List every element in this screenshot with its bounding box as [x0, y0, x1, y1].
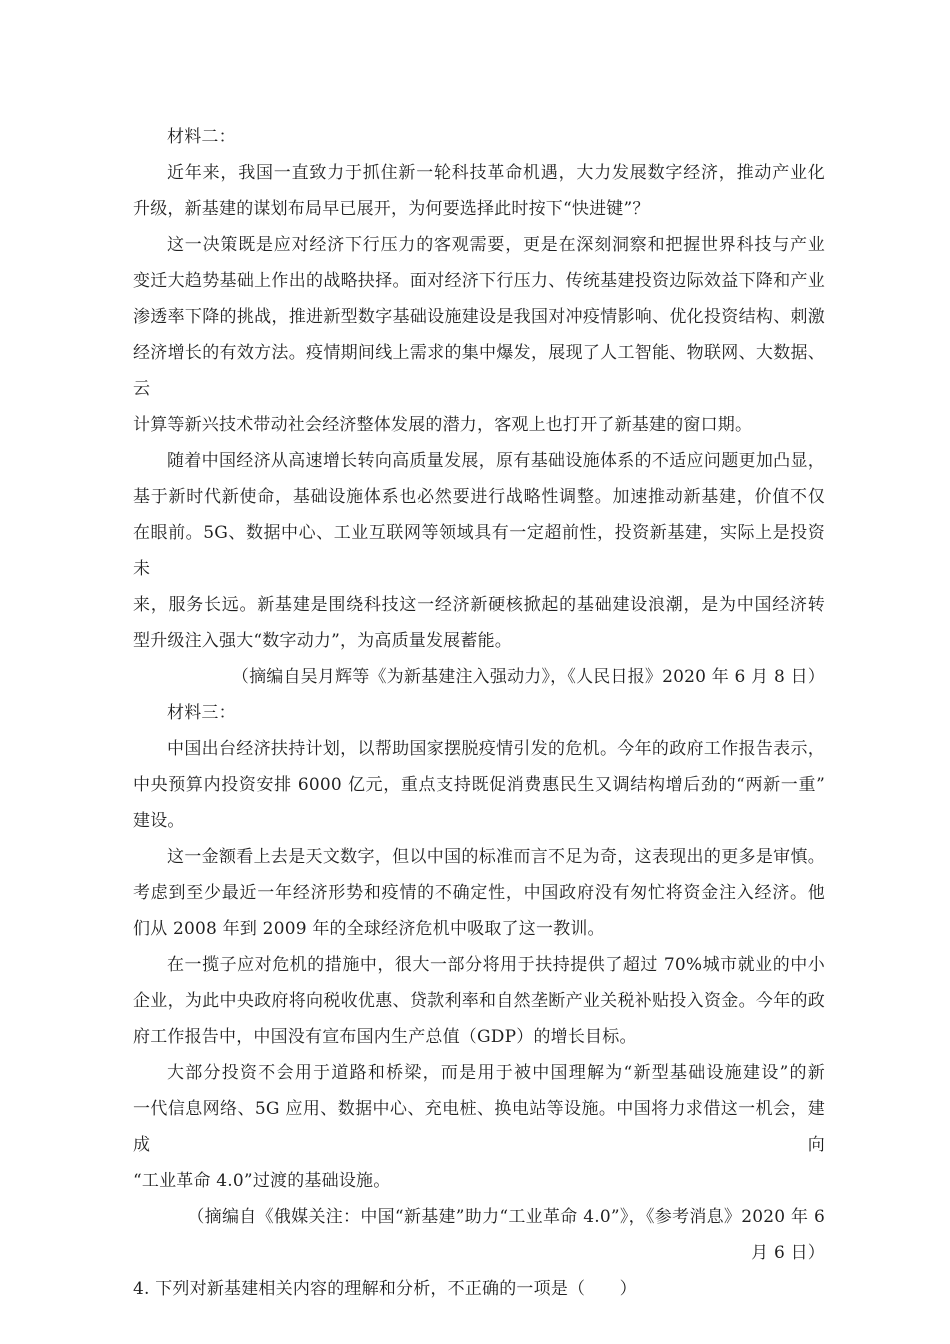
passage-line: 渗透率下降的挑战，推进新型数字基础设施建设是我国对冲疫情影响、优化投资结构、刺激	[133, 299, 825, 335]
passage-line: 中央预算内投资安排 6000 亿元，重点支持既促消费惠民生又调结构增后劲的“两新…	[133, 767, 825, 803]
passage-line: 经济增长的有效方法。疫情期间线上需求的集中爆发，展现了人工智能、物联网、大数据、…	[133, 335, 825, 407]
passage-line: 这一决策既是应对经济下行压力的客观需要，更是在深刻洞察和把握世界科技与产业	[133, 227, 825, 263]
passage-line: 建设。	[133, 803, 825, 839]
document-page: 材料二： 近年来，我国一直致力于抓住新一轮科技革命机遇，大力发展数字经济，推动产…	[0, 0, 950, 1344]
citation-cankao-xiaoxi-cont: 月 6 日）	[133, 1235, 825, 1271]
passage-line: 变迁大趋势基础上作出的战略抉择。面对经济下行压力、传统基建投资边际效益下降和产业	[133, 263, 825, 299]
passage-line: 计算等新兴技术带动社会经济整体发展的潜力，客观上也打开了新基建的窗口期。	[133, 407, 825, 443]
passage-line: 们从 2008 年到 2009 年的全球经济危机中吸取了这一教训。	[133, 911, 825, 947]
passage-line: 来，服务长远。新基建是围绕科技这一经济新硬核掀起的基础建设浪潮，是为中国经济转	[133, 587, 825, 623]
passage-line: 一代信息网络、5G 应用、数据中心、充电桩、换电站等设施。中国将力求借这一机会，…	[133, 1091, 825, 1163]
passage-line: 近年来，我国一直致力于抓住新一轮科技革命机遇，大力发展数字经济，推动产业化	[133, 155, 825, 191]
passage-line: 基于新时代新使命，基础设施体系也必然要进行战略性调整。加速推动新基建，价值不仅	[133, 479, 825, 515]
passage-line: 升级，新基建的谋划布局早已展开，为何要选择此时按下“快进键”？	[133, 191, 825, 227]
passage-line: 随着中国经济从高速增长转向高质量发展，原有基础设施体系的不适应问题更加凸显，	[133, 443, 825, 479]
passage-text: 材料二： 近年来，我国一直致力于抓住新一轮科技革命机遇，大力发展数字经济，推动产…	[133, 119, 825, 1307]
passage-line: 企业，为此中央政府将向税收优惠、贷款利率和自然垄断产业关税补贴投入资金。今年的政	[133, 983, 825, 1019]
passage-line: 型升级注入强大“数字动力”，为高质量发展蓄能。	[133, 623, 825, 659]
passage-line: 中国出台经济扶持计划，以帮助国家摆脱疫情引发的危机。今年的政府工作报告表示，	[133, 731, 825, 767]
material-2-heading: 材料二：	[133, 119, 825, 155]
passage-line: 府工作报告中，中国没有宣布国内生产总值（GDP）的增长目标。	[133, 1019, 825, 1055]
citation-renmin-ribao: （摘编自吴月辉等《为新基建注入强动力》，《人民日报》2020 年 6 月 8 日…	[133, 659, 825, 695]
passage-line: 大部分投资不会用于道路和桥梁，而是用于被中国理解为“新型基础设施建设”的新	[133, 1055, 825, 1091]
passage-line: 这一金额看上去是天文数字，但以中国的标准而言不足为奇，这表现出的更多是审慎。	[133, 839, 825, 875]
passage-line: 在一揽子应对危机的措施中，很大一部分将用于扶持提供了超过 70%城市就业的中小	[133, 947, 825, 983]
passage-line: “工业革命 4.0”过渡的基础设施。	[133, 1163, 825, 1199]
passage-line: 在眼前。5G、数据中心、工业互联网等领域具有一定超前性，投资新基建，实际上是投资…	[133, 515, 825, 587]
question-4-stem: 4. 下列对新基建相关内容的理解和分析，不正确的一项是（ ）	[133, 1271, 825, 1307]
citation-cankao-xiaoxi: （摘编自《俄媒关注：中国“新基建”助力“工业革命 4.0”》，《参考消息》202…	[133, 1199, 825, 1235]
material-3-heading: 材料三：	[133, 695, 825, 731]
passage-line: 考虑到至少最近一年经济形势和疫情的不确定性，中国政府没有匆忙将资金注入经济。他	[133, 875, 825, 911]
